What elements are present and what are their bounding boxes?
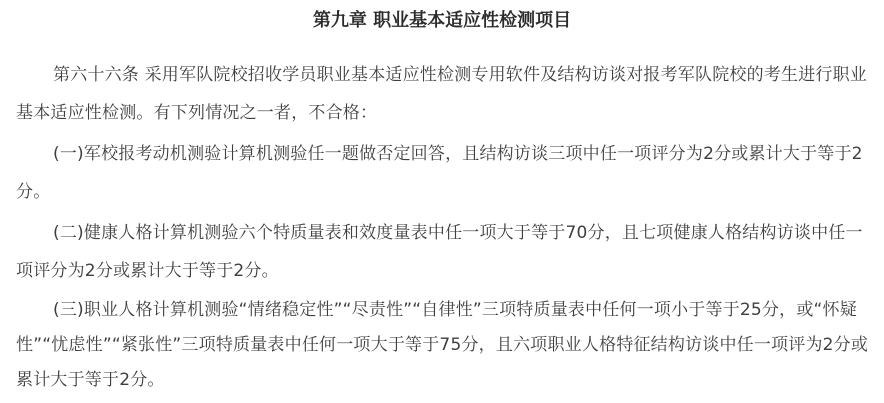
condition-1-paragraph: (一)军校报考动机测验计算机测验任一题做否定回答，且结构访谈三项中任一项评分为2…	[16, 135, 872, 211]
article-66-paragraph: 第六十六条 采用军队院校招收学员职业基本适应性检测专用软件及结构访谈对报考军队院…	[16, 56, 872, 132]
chapter-title: 第九章 职业基本适应性检测项目	[0, 8, 884, 34]
condition-2-paragraph: (二)健康人格计算机测验六个特质量表和效度量表中任一项大于等于70分，且七项健康…	[16, 214, 872, 290]
condition-3-paragraph: (三)职业人格计算机测验“情绪稳定性”“尽责性”“自律性”三项特质量表中任何一项…	[16, 293, 872, 398]
